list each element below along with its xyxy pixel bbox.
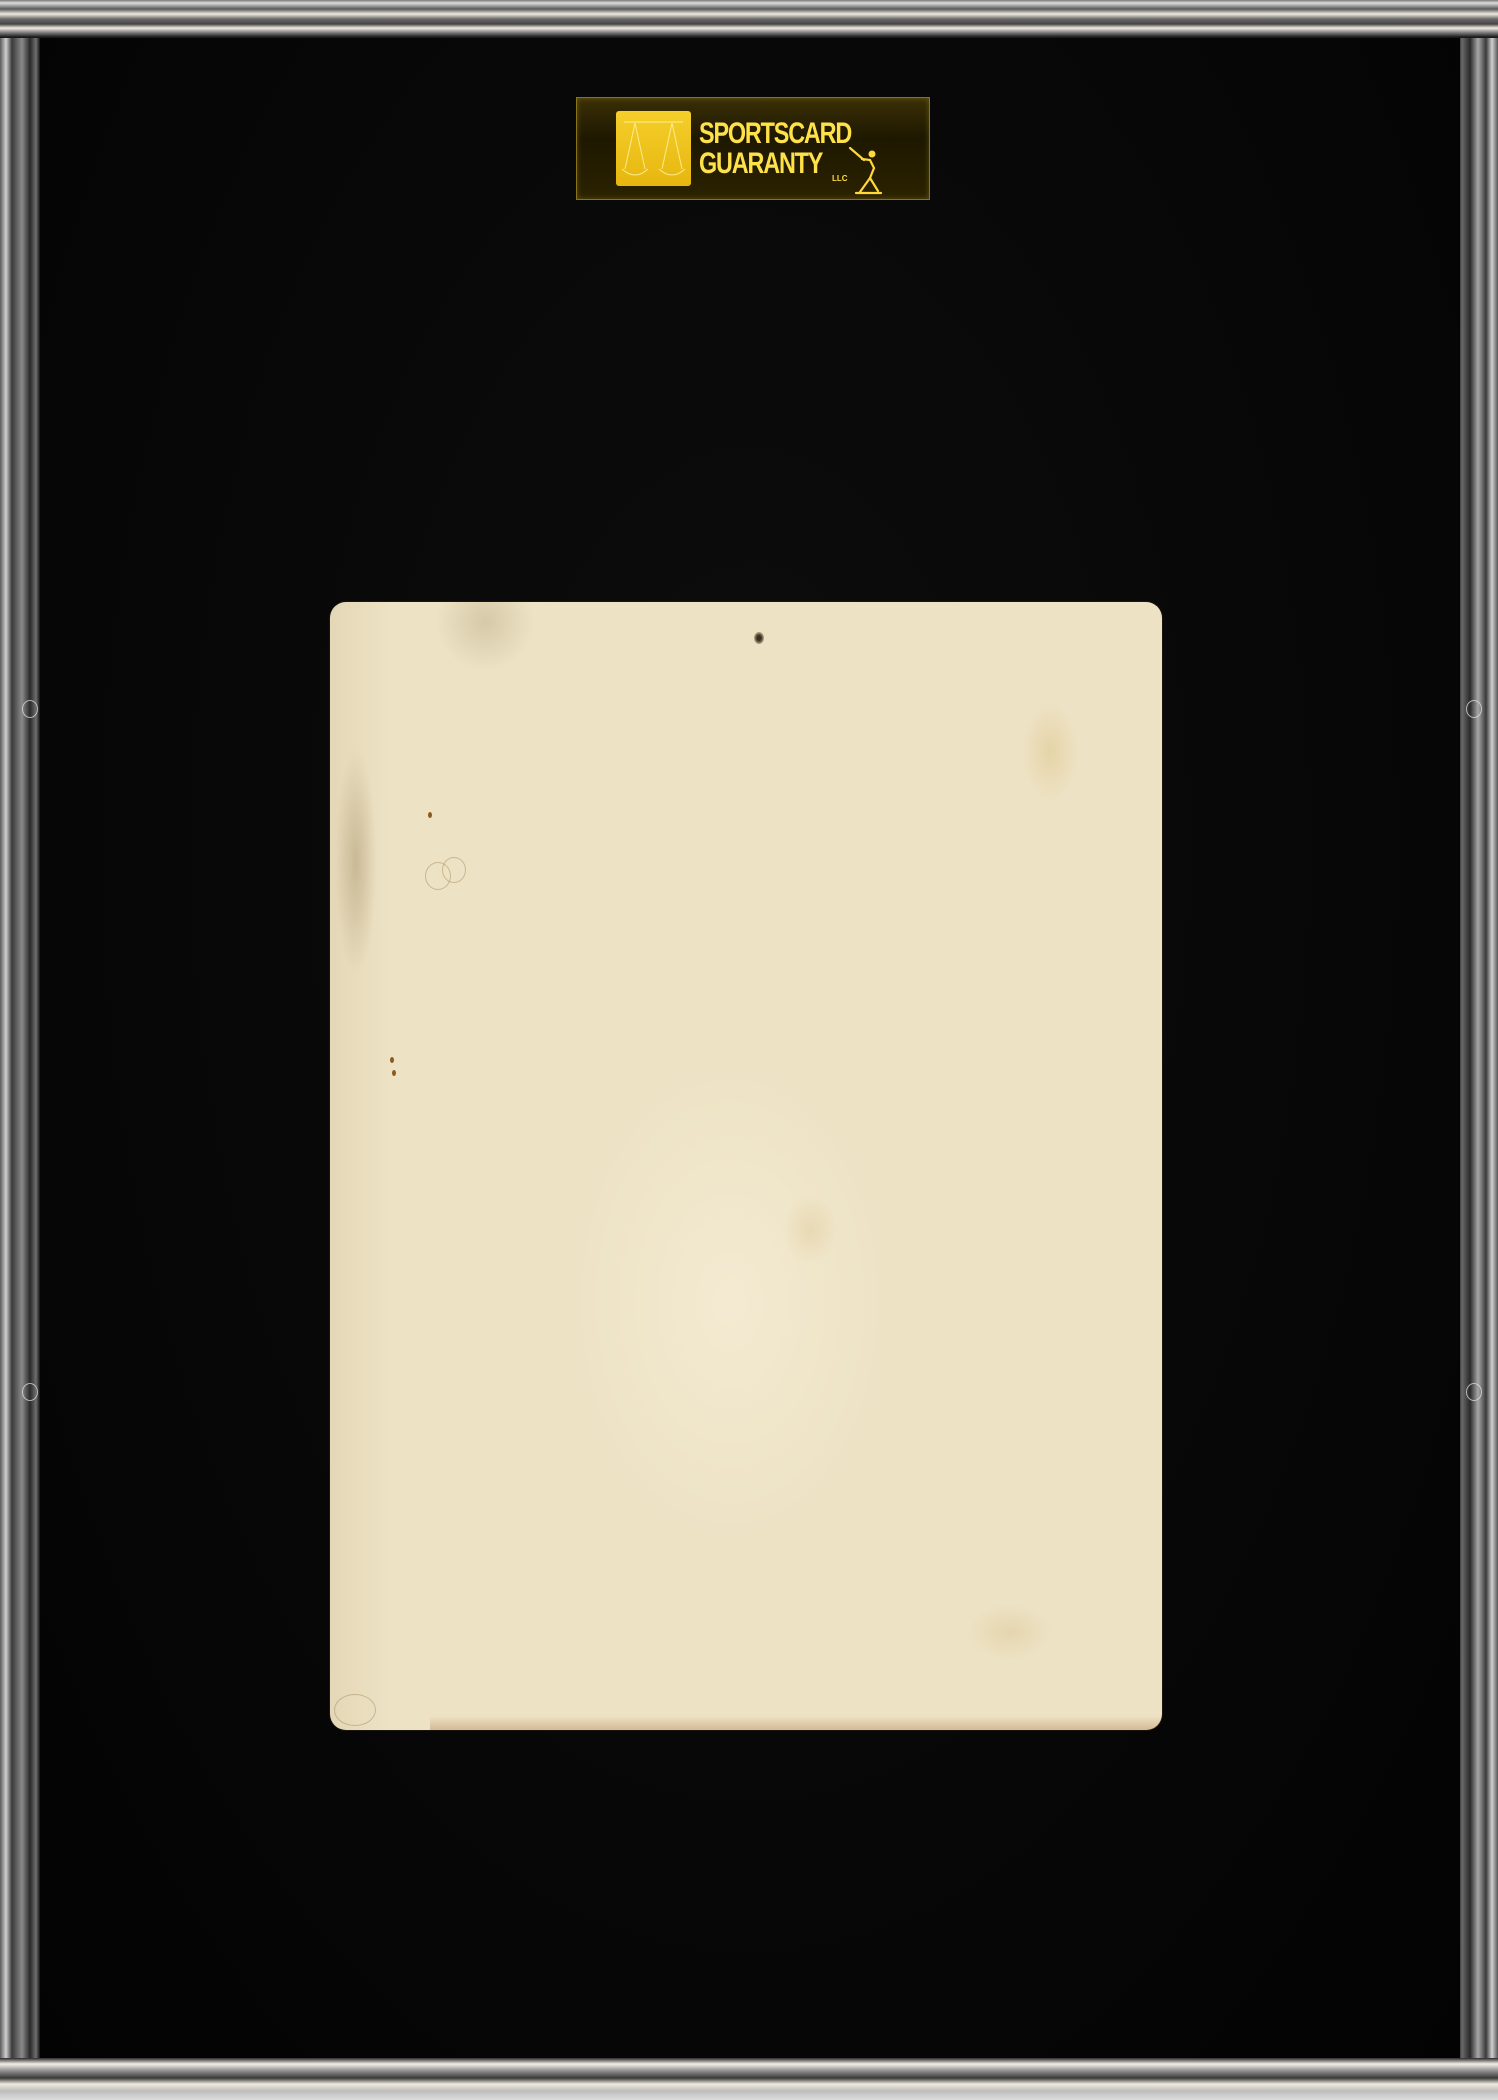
slab-case: SPORTSCARD GUARANTY LLC [0, 0, 1498, 2100]
slab-frame-bottom [0, 2058, 1498, 2100]
water-ring-stain [442, 857, 466, 883]
weld-dot-icon [22, 700, 38, 718]
trading-card-back [330, 602, 1162, 1730]
foxing-spot [390, 1057, 394, 1063]
weld-dot-icon [22, 1383, 38, 1401]
grader-name-line2: GUARANTY [699, 149, 851, 179]
grader-name-line1: SPORTSCARD [699, 119, 851, 149]
weld-dot-icon [1466, 1383, 1482, 1401]
foxing-spot [392, 1070, 396, 1076]
foxing-spot [428, 812, 432, 818]
bottom-edge-wear [430, 1716, 1162, 1730]
slab-frame-top [0, 0, 1498, 38]
scales-of-justice-icon [616, 111, 691, 186]
corner-wear [334, 1694, 376, 1726]
weld-dot-icon [1466, 700, 1482, 718]
llc-suffix: LLC [832, 174, 848, 183]
pinhole-mark [754, 632, 764, 644]
baseball-batter-icon [848, 146, 882, 196]
